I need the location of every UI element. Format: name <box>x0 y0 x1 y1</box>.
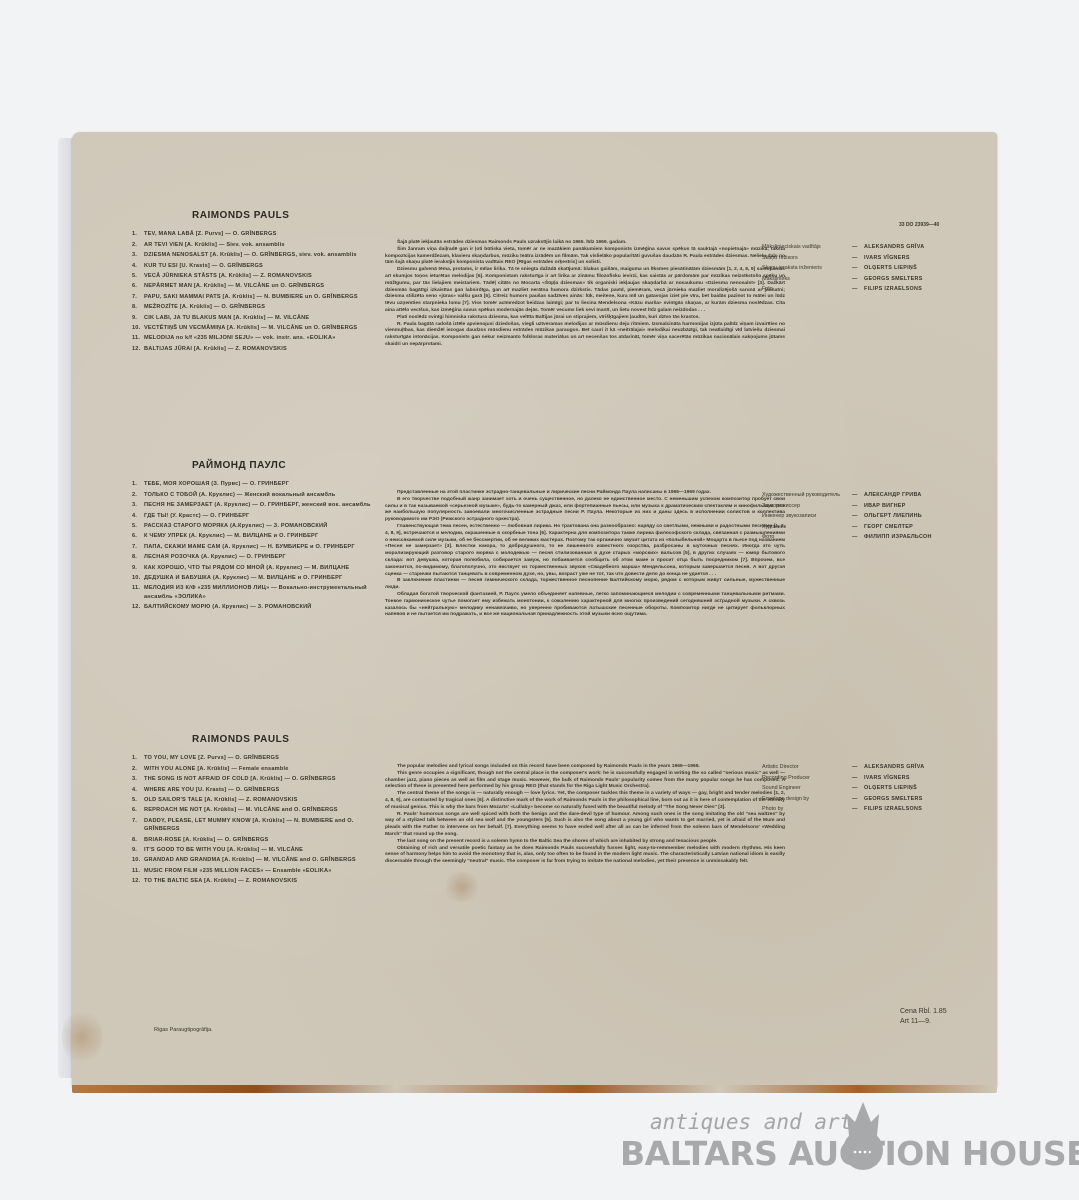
track-title: DADDY, PLEASE, LET MUMMY KNOW [A. Krūkli… <box>144 818 354 832</box>
track-title: IT'S GOOD TO BE WITH YOU [A. Krūklis] — … <box>144 847 303 853</box>
tracklist-english: RAIMONDS PAULS 1.TO YOU, MY LOVE [Z. Pur… <box>132 736 372 888</box>
section-title: RAIMONDS PAULS <box>192 736 372 744</box>
liner-paragraph: This genre occupies a significant, thoug… <box>385 771 785 791</box>
track-title: ГДЕ ТЫ! (У. Крастс) — О. ГРИНБЕРГ <box>144 513 249 519</box>
track-item: 4.ГДЕ ТЫ! (У. Крастс) — О. ГРИНБЕРГ <box>132 512 372 520</box>
track-number: 9. <box>132 564 144 572</box>
track-number: 4. <box>132 512 144 520</box>
price-info: Cena Rbl. 1.85 Art 11—9. <box>900 1007 947 1027</box>
track-item: 2.WITH YOU ALONE [A. Krūklis] — Female e… <box>132 765 372 773</box>
track-number: 4. <box>132 262 144 270</box>
track-item: 6.NEPĀRMET MAN [A. Krūklis] — M. VILCĀNE… <box>132 282 372 290</box>
track-number: 12. <box>132 345 144 353</box>
liner-paragraph: Обладая богатой творческой фантазией, Р.… <box>385 592 785 619</box>
track-title: MELODIJA no k/f «235 MILJONI SEJU» — vok… <box>144 335 336 341</box>
track-title: КАК ХОРОШО, ЧТО ТЫ РЯДОМ СО МНОЙ (А. Кру… <box>144 565 349 571</box>
dash-separator: — <box>852 522 864 533</box>
dash-separator: — <box>852 532 864 543</box>
liner-paragraph: Plati noslēdz svinīgi himniska rakstura … <box>385 315 785 322</box>
dash-separator: — <box>852 263 864 274</box>
track-number: 10. <box>132 856 144 864</box>
track-number: 3. <box>132 775 144 783</box>
dash-separator: — <box>852 274 864 285</box>
credit-name: АЛЕКСАНДР ГРИВА <box>864 490 922 501</box>
liner-paragraph: В заключение пластинки — песня гимническ… <box>385 578 785 592</box>
art-number: Art 11—9. <box>900 1017 947 1027</box>
track-number: 11. <box>132 867 144 875</box>
track-number: 11. <box>132 334 144 342</box>
dash-separator: — <box>852 773 864 784</box>
credit-row: Звукорежиссер—ИВАР ВИГНЕР <box>762 501 982 512</box>
tracklist-latvian: RAIMONDS PAULS 1.TEV, MANA LABĀ [Z. Purv… <box>132 212 372 355</box>
track-item: 11.MUSIC FROM FILM «235 MILLION FACES» —… <box>132 867 372 875</box>
printer-imprint: Rigas Paraugtipogrāfija. <box>154 1027 213 1033</box>
track-item: 6.К ЧЕМУ УПРЕК (А. Круклис) — М. ВИЛЦАНЕ… <box>132 532 372 540</box>
track-item: 5.VECĀ JŪRNIEKA STĀSTS [A. Krūklis] — Z.… <box>132 272 372 280</box>
record-back-cover: 33 DO 23939—40 RAIMONDS PAULS 1.TEV, MAN… <box>72 132 997 1087</box>
track-item: 12.БАЛТИЙСКОМУ МОРЮ (А. Круклис) — З. РО… <box>132 603 372 611</box>
track-title: REPROACH ME NOT [A. Krūklis] — M. VILCĀN… <box>144 807 338 813</box>
track-item: 11.MELODIJA no k/f «235 MILJONI SEJU» — … <box>132 334 372 342</box>
credit-role: Foto <box>762 284 852 295</box>
section-title: RAIMONDS PAULS <box>192 212 372 220</box>
credit-row: Skaņu ieraksta inženieris—OLĢERTS LIEPIŅ… <box>762 263 982 274</box>
credit-row: Фото—ФИЛИПП ИЗРАЕЛЬСОН <box>762 532 982 543</box>
track-number: 4. <box>132 786 144 794</box>
liner-paragraph: The last song on the present record is a… <box>385 839 785 846</box>
track-number: 10. <box>132 324 144 332</box>
track-number: 7. <box>132 817 144 825</box>
credit-role: Художник <box>762 522 852 533</box>
dash-separator: — <box>852 511 864 522</box>
dash-separator: — <box>852 284 864 295</box>
track-title: KUR TU ESI [U. Krasts] — O. GRĪNBERGS <box>144 263 263 269</box>
track-number: 12. <box>132 877 144 885</box>
track-item: 5.OLD SAILOR'S TALE [A. Krūklis] — Z. RO… <box>132 796 372 804</box>
credit-row: Художественный руководитель—АЛЕКСАНДР ГР… <box>762 490 982 501</box>
credit-role: Mākslinieks <box>762 274 852 285</box>
track-title: BRIAR-ROSE [A. Krūklis] — O. GRĪNBERGS <box>144 837 268 843</box>
track-number: 8. <box>132 836 144 844</box>
track-title: TEV, MANA LABĀ [Z. Purvs] — O. GRĪNBERGS <box>144 231 277 237</box>
track-item: 2.AR TEVI VIEN [A. Krūklis] — Siev. vok.… <box>132 241 372 249</box>
liner-paragraph: Главенствующая тема песен, естественно —… <box>385 524 785 578</box>
credit-role: Envelope design by <box>762 794 852 805</box>
track-item: 3.THE SONG IS NOT AFRAID OF COLD [A. Krū… <box>132 775 372 783</box>
track-title: AR TEVI VIEN [A. Krūklis] — Siev. vok. a… <box>144 242 285 248</box>
track-number: 5. <box>132 522 144 530</box>
track-item: 10.GRANDAD AND GRANDMA [A. Krūklis] — M.… <box>132 856 372 864</box>
track-number: 6. <box>132 532 144 540</box>
credits-english: Artistic Director—ALEKSANDRS GRĪVARecord… <box>762 762 982 815</box>
track-item: 4.KUR TU ESI [U. Krasts] — O. GRĪNBERGS <box>132 262 372 270</box>
track-title: THE SONG IS NOT AFRAID OF COLD [A. Krūkl… <box>144 776 336 782</box>
credit-row: Инженер звукозаписи—ОЛЬГЕРТ ЛИЕПИНЬ <box>762 511 982 522</box>
track-title: TO THE BALTIC SEA [A. Krūklis] — Z. ROMA… <box>144 878 297 884</box>
credit-row: Envelope design by—GEORGS SMELTERS <box>762 794 982 805</box>
catalog-number: 33 DO 23939—40 <box>899 222 939 228</box>
track-number: 7. <box>132 543 144 551</box>
track-item: 3.DZIESMA NENOSALST [A. Krūklis] — O. GR… <box>132 251 372 259</box>
track-title: ПАПА, СКАЖИ МАМЕ САМ (А. Круклис) — Н. Б… <box>144 544 355 550</box>
track-item: 7.ПАПА, СКАЖИ МАМЕ САМ (А. Круклис) — Н.… <box>132 543 372 551</box>
credit-role: Recording Producer <box>762 773 852 784</box>
track-item: 1.TO YOU, MY LOVE [Z. Purvs] — O. GRĪNBE… <box>132 754 372 762</box>
credit-row: Художник—ГЕОРГ СМЕЛТЕР <box>762 522 982 533</box>
credit-name: IVARS VĪGNERS <box>864 253 910 264</box>
track-title: CIK LABI, JA TU BLAKUS MAN [A. Krūklis] … <box>144 315 309 321</box>
credit-name: OLĢERTS LIEPIŅŠ <box>864 263 917 274</box>
track-title: МЕЛОДИЯ ИЗ К/Ф «235 МИЛЛИОНОВ ЛИЦ» — Вок… <box>144 585 367 599</box>
track-item: 12.TO THE BALTIC SEA [A. Krūklis] — Z. R… <box>132 877 372 885</box>
liner-notes-latvian: Šajā platē iekļautās estrādes dziesmas R… <box>385 240 785 349</box>
track-number: 11. <box>132 584 144 592</box>
track-number: 3. <box>132 251 144 259</box>
track-item: 11.МЕЛОДИЯ ИЗ К/Ф «235 МИЛЛИОНОВ ЛИЦ» — … <box>132 584 372 601</box>
dash-separator: — <box>852 242 864 253</box>
price-label: Cena Rbl. 1.85 <box>900 1007 947 1017</box>
section-title: РАЙМОНД ПАУЛС <box>192 462 372 470</box>
worn-cover-edge <box>72 1085 997 1093</box>
track-title: БАЛТИЙСКОМУ МОРЮ (А. Круклис) — З. РОМАН… <box>144 604 312 610</box>
track-number: 9. <box>132 846 144 854</box>
track-title: ТЕБЕ, МОЯ ХОРОШАЯ (З. Пурвс) — О. ГРИНБЕ… <box>144 481 289 487</box>
track-number: 10. <box>132 574 144 582</box>
credits-latvian: Mākslinieciskais vadītājs—ALEKSANDRS GRĪ… <box>762 242 982 295</box>
track-title: ПЕСНЯ НЕ ЗАМЕРЗАЕТ (А. Круклис) — О. ГРИ… <box>144 502 371 508</box>
credit-name: ИВАР ВИГНЕР <box>864 501 906 512</box>
track-item: 9.CIK LABI, JA TU BLAKUS MAN [A. Krūklis… <box>132 314 372 322</box>
credit-role: Звукорежиссер <box>762 501 852 512</box>
track-number: 1. <box>132 230 144 238</box>
credit-row: Mākslinieciskais vadītājs—ALEKSANDRS GRĪ… <box>762 242 982 253</box>
track-item: 10.ДЕДУШКА И БАБУШКА (А. Круклис) — М. В… <box>132 574 372 582</box>
liner-paragraph: The central theme of the songs is — natu… <box>385 791 785 811</box>
track-title: OLD SAILOR'S TALE [A. Krūklis] — Z. ROMA… <box>144 797 298 803</box>
liner-paragraph: Представленные на этой пластинке эстрадн… <box>385 490 785 497</box>
credits-russian: Художественный руководитель—АЛЕКСАНДР ГР… <box>762 490 982 543</box>
credit-row: Skaņu režisors—IVARS VĪGNERS <box>762 253 982 264</box>
dash-separator: — <box>852 783 864 794</box>
track-number: 1. <box>132 480 144 488</box>
track-title: РАССКАЗ СТАРОГО МОРЯКА (А.Круклис) — З. … <box>144 523 327 529</box>
credit-role: Photo by <box>762 804 852 815</box>
liner-paragraph: The popular melodies and lyrical songs i… <box>385 764 785 771</box>
tracklist-russian: РАЙМОНД ПАУЛС 1.ТЕБЕ, МОЯ ХОРОШАЯ (З. Пу… <box>132 462 372 614</box>
track-number: 1. <box>132 754 144 762</box>
credit-row: Artistic Director—ALEKSANDRS GRĪVA <box>762 762 982 773</box>
track-number: 12. <box>132 603 144 611</box>
liner-paragraph: R. Pauls' humorous songs are well spiced… <box>385 812 785 839</box>
dash-separator: — <box>852 794 864 805</box>
track-item: 8.BRIAR-ROSE [A. Krūklis] — O. GRĪNBERGS <box>132 836 372 844</box>
credit-name: ALEKSANDRS GRĪVA <box>864 242 924 253</box>
liner-paragraph: Dziesmu galvenā tēma, protams, ir mīlas … <box>385 267 785 315</box>
track-title: BALTIJAS JŪRAI [A. Krūklis] — Z. ROMANOV… <box>144 346 287 352</box>
credit-role: Mākslinieciskais vadītājs <box>762 242 852 253</box>
liner-paragraph: Šim žanram viņa daiļradē gan ir ļoti būt… <box>385 247 785 267</box>
liner-notes-russian: Представленные на этой пластинке эстрадн… <box>385 490 785 619</box>
track-number: 2. <box>132 765 144 773</box>
credit-row: Recording Producer—IVARS VĪGNERS <box>762 773 982 784</box>
credit-row: Foto—FILIPS IZRAELSONS <box>762 284 982 295</box>
track-title: ЛЕСНАЯ РОЗОЧКА (А. Круклис) — О. ГРИНБЕР… <box>144 554 286 560</box>
track-item: 12.BALTIJAS JŪRAI [A. Krūklis] — Z. ROMA… <box>132 345 372 353</box>
track-title: NEPĀRMET MAN [A. Krūklis] — M. VILCĀNE u… <box>144 283 324 289</box>
liner-paragraph: Šajā platē iekļautās estrādes dziesmas R… <box>385 240 785 247</box>
credit-role: Artistic Director <box>762 762 852 773</box>
track-number: 9. <box>132 314 144 322</box>
track-item: 1.TEV, MANA LABĀ [Z. Purvs] — O. GRĪNBER… <box>132 230 372 238</box>
track-item: 9.КАК ХОРОШО, ЧТО ТЫ РЯДОМ СО МНОЙ (А. К… <box>132 564 372 572</box>
track-number: 2. <box>132 491 144 499</box>
credit-name: IVARS VĪGNERS <box>864 773 910 784</box>
track-item: 5.РАССКАЗ СТАРОГО МОРЯКА (А.Круклис) — З… <box>132 522 372 530</box>
track-item: 10.VECTĒTIŅŠ UN VECMĀMIŅA [A. Krūklis] —… <box>132 324 372 332</box>
track-title: ТОЛЬКО С ТОБОЙ (А. Круклис) — Женский во… <box>144 492 335 498</box>
track-number: 2. <box>132 241 144 249</box>
credit-name: GEORGS SMELTERS <box>864 794 923 805</box>
track-title: GRANDAD AND GRANDMA [A. Krūklis] — M. VI… <box>144 857 356 863</box>
liner-paragraph: В его творчестве подобный жанр занимает … <box>385 497 785 524</box>
track-number: 6. <box>132 282 144 290</box>
track-title: MEŽROZĪTE [A. Krūklis] — O. GRĪNBERGS <box>144 304 265 310</box>
track-item: 6.REPROACH ME NOT [A. Krūklis] — M. VILC… <box>132 806 372 814</box>
track-item: 3.ПЕСНЯ НЕ ЗАМЕРЗАЕТ (А. Круклис) — О. Г… <box>132 501 372 509</box>
credit-name: ГЕОРГ СМЕЛТЕР <box>864 522 913 533</box>
credit-name: ФИЛИПП ИЗРАЕЛЬСОН <box>864 532 932 543</box>
dash-separator: — <box>852 804 864 815</box>
track-item: 2.ТОЛЬКО С ТОБОЙ (А. Круклис) — Женский … <box>132 491 372 499</box>
track-number: 8. <box>132 553 144 561</box>
credit-name: FILIPS IZRAELSONS <box>864 804 922 815</box>
credit-row: Photo by—FILIPS IZRAELSONS <box>762 804 982 815</box>
liner-paragraph: R. Paula bagātā radošā iztēle apvienojus… <box>385 322 785 349</box>
track-title: PAPU, SAKI MAMMAI PATS [A. Krūklis] — N.… <box>144 294 358 300</box>
credit-role: Skaņu režisors <box>762 253 852 264</box>
track-number: 6. <box>132 806 144 814</box>
credit-role: Sound Engineer <box>762 783 852 794</box>
credit-role: Художественный руководитель <box>762 490 852 501</box>
credit-row: Sound Engineer—OLĢERTS LIEPIŅŠ <box>762 783 982 794</box>
watermark-brand: BALTARS AUCTION HOUSE <box>620 1134 1079 1173</box>
track-item: 1.ТЕБЕ, МОЯ ХОРОШАЯ (З. Пурвс) — О. ГРИН… <box>132 480 372 488</box>
credit-role: Skaņu ieraksta inženieris <box>762 263 852 274</box>
track-title: TO YOU, MY LOVE [Z. Purvs] — O. GRĪNBERG… <box>144 755 279 761</box>
dash-separator: — <box>852 253 864 264</box>
dash-separator: — <box>852 490 864 501</box>
track-title: WITH YOU ALONE [A. Krūklis] — Female ens… <box>144 766 289 772</box>
track-title: ДЕДУШКА И БАБУШКА (А. Круклис) — М. ВИЛЦ… <box>144 575 342 581</box>
track-item: 8.ЛЕСНАЯ РОЗОЧКА (А. Круклис) — О. ГРИНБ… <box>132 553 372 561</box>
credit-name: ОЛЬГЕРТ ЛИЕПИНЬ <box>864 511 922 522</box>
track-number: 7. <box>132 293 144 301</box>
track-number: 5. <box>132 796 144 804</box>
stain <box>62 1007 102 1067</box>
track-title: MUSIC FROM FILM «235 MILLION FACES» — En… <box>144 868 332 874</box>
track-title: К ЧЕМУ УПРЕК (А. Круклис) — М. ВИЛЦАНЕ и… <box>144 533 318 539</box>
dash-separator: — <box>852 501 864 512</box>
credit-name: ALEKSANDRS GRĪVA <box>864 762 924 773</box>
track-item: 7.DADDY, PLEASE, LET MUMMY KNOW [A. Krūk… <box>132 817 372 834</box>
dash-separator: — <box>852 762 864 773</box>
watermark-tagline: antiques and art <box>650 1110 852 1134</box>
track-item: 4.WHERE ARE YOU [U. Krasts] — O. GRĪNBER… <box>132 786 372 794</box>
track-number: 8. <box>132 303 144 311</box>
track-title: VECĀ JŪRNIEKA STĀSTS [A. Krūklis] — Z. R… <box>144 273 312 279</box>
credit-role: Фото <box>762 532 852 543</box>
credit-row: Mākslinieks—GEORGS SMELTERS <box>762 274 982 285</box>
track-title: DZIESMA NENOSALST [A. Krūklis] — O. GRĪN… <box>144 252 357 258</box>
credit-name: FILIPS IZRAELSONS <box>864 284 922 295</box>
track-item: 7.PAPU, SAKI MAMMAI PATS [A. Krūklis] — … <box>132 293 372 301</box>
credit-name: OLĢERTS LIEPIŅŠ <box>864 783 917 794</box>
credit-role: Инженер звукозаписи <box>762 511 852 522</box>
track-title: WHERE ARE YOU [U. Krasts] — O. GRĪNBERGS <box>144 787 279 793</box>
track-number: 5. <box>132 272 144 280</box>
track-number: 3. <box>132 501 144 509</box>
track-title: VECTĒTIŅŠ UN VECMĀMIŅA [A. Krūklis] — M.… <box>144 325 357 331</box>
liner-paragraph: Obtaining of rich and versatile poetic f… <box>385 846 785 866</box>
track-item: 8.MEŽROZĪTE [A. Krūklis] — O. GRĪNBERGS <box>132 303 372 311</box>
credit-name: GEORGS SMELTERS <box>864 274 923 285</box>
track-item: 9.IT'S GOOD TO BE WITH YOU [A. Krūklis] … <box>132 846 372 854</box>
stain <box>442 872 482 902</box>
liner-notes-english: The popular melodies and lyrical songs i… <box>385 764 785 866</box>
